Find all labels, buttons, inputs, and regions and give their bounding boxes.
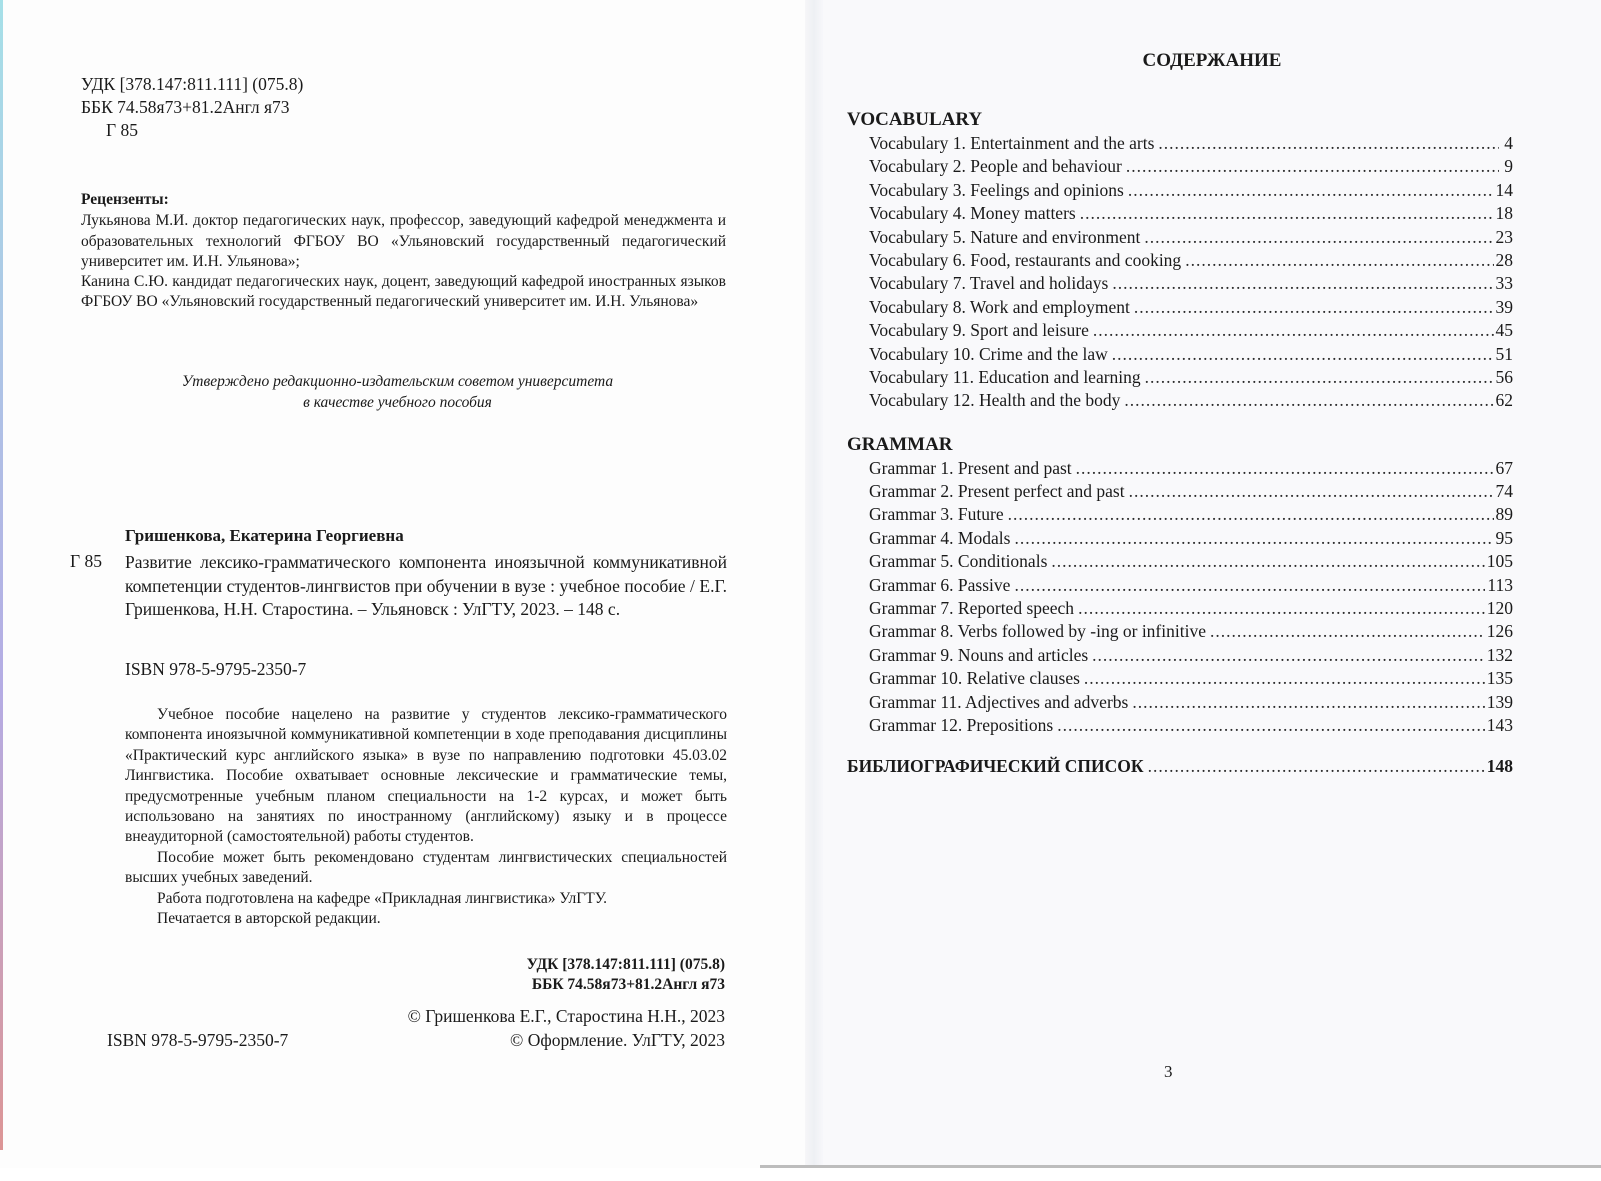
approval-line: Утверждено редакционно-издательским сове… [120,371,675,392]
toc-entry-label: Vocabulary 7. Travel and holidays [869,272,1108,295]
toc-entry-page: 139 [1487,691,1513,714]
leader-dots [1145,366,1494,389]
toc-entry[interactable]: Vocabulary 11. Education and learning56 [847,366,1513,389]
leader-dots [1084,667,1485,690]
toc-entry[interactable]: Vocabulary 9. Sport and leisure45 [847,319,1513,342]
toc-entry-label: Vocabulary 3. Feelings and opinions [869,179,1124,202]
leader-dots [1112,272,1493,295]
approval-line: в качестве учебного пособия [120,392,675,413]
toc-entry-page: 95 [1496,527,1514,550]
toc-entry-page: 135 [1487,667,1513,690]
toc-entry-label: Vocabulary 10. Crime and the law [869,343,1108,366]
toc-entry[interactable]: Grammar 9. Nouns and articles132 [847,644,1513,667]
leader-dots [1132,691,1484,714]
bbk-code: ББК 74.58я73+81.2Англ я73 [81,96,303,119]
toc-entry-label: Vocabulary 11. Education and learning [869,366,1141,389]
copyright-authors: © Гришенкова Е.Г., Старостина Н.Н., 2023 [408,1006,725,1027]
toc-entry-label: Vocabulary 8. Work and employment [869,296,1130,319]
toc-entry[interactable]: Vocabulary 6. Food, restaurants and cook… [847,249,1513,272]
leader-dots [1124,389,1493,412]
toc-entry-page: 51 [1496,343,1514,366]
leader-dots [1078,597,1485,620]
leader-dots [1057,714,1485,737]
toc-entry-page: 56 [1496,366,1514,389]
toc-entry-label: Grammar 9. Nouns and articles [869,644,1088,667]
toc-entry[interactable]: Vocabulary 7. Travel and holidays33 [847,272,1513,295]
reviewer-entry: Канина С.Ю. кандидат педагогических наук… [81,272,726,313]
toc-entry[interactable]: Grammar 11. Adjectives and adverbs139 [847,691,1513,714]
toc-title: СОДЕРЖАНИЕ [823,50,1601,72]
toc-entry-label: Grammar 11. Adjectives and adverbs [869,691,1128,714]
toc-entry-label: Vocabulary 6. Food, restaurants and cook… [869,249,1181,272]
toc-entry[interactable]: Grammar 1. Present and past67 [847,457,1513,480]
bibliographic-description: Развитие лексико-грамматического компоне… [125,551,727,622]
isbn: ISBN 978-5-9795-2350-7 [125,659,306,680]
toc-entry-page: 18 [1496,202,1514,225]
leader-dots [1158,132,1499,155]
toc-entry-label: Grammar 2. Present perfect and past [869,480,1125,503]
toc-entry-page: 33 [1496,272,1514,295]
toc-entry-page: 14 [1496,179,1514,202]
leader-dots [1014,574,1485,597]
reviewers-block: Рецензенты: Лукьянова М.И. доктор педаго… [81,190,726,313]
toc-section-heading: GRAMMAR [847,433,1513,457]
toc-entry-label: Grammar 3. Future [869,503,1004,526]
approval-note: Утверждено редакционно-издательским сове… [120,371,675,413]
toc-entry-page: 4 [1501,132,1513,155]
toc-entry[interactable]: Grammar 3. Future89 [847,503,1513,526]
page-bottom-edge [760,1165,1601,1168]
leader-dots [1093,319,1494,342]
leader-dots [1148,755,1485,778]
leader-dots [1134,296,1494,319]
toc-entry[interactable]: Grammar 4. Modals95 [847,527,1513,550]
toc-entry[interactable]: Grammar 2. Present perfect and past74 [847,480,1513,503]
leader-dots [1129,480,1494,503]
toc-entry-page: 89 [1496,503,1514,526]
toc-entry-label: Grammar 7. Reported speech [869,597,1074,620]
copyright-design: © Оформление. УлГТУ, 2023 [510,1030,725,1051]
leader-dots [1008,503,1494,526]
toc-entry-label: Vocabulary 1. Entertainment and the arts [869,132,1154,155]
abstract: Учебное пособие нацелено на развитие у с… [125,705,727,929]
toc-entry[interactable]: Grammar 10. Relative clauses135 [847,667,1513,690]
leader-dots [1210,620,1485,643]
toc-entry-page: 148 [1487,755,1513,778]
toc-section-heading: VOCABULARY [847,108,1513,132]
leader-dots [1051,550,1484,573]
reviewer-entry: Лукьянова М.И. доктор педагогических нау… [81,211,726,272]
toc-entry-page: 143 [1487,714,1513,737]
toc-entry-page: 132 [1487,644,1513,667]
toc-entry[interactable]: Grammar 5. Conditionals105 [847,550,1513,573]
toc-entry-label: Vocabulary 4. Money matters [869,202,1076,225]
toc-entry-page: 28 [1496,249,1514,272]
leader-dots [1014,527,1493,550]
toc-entry[interactable]: Vocabulary 3. Feelings and opinions14 [847,179,1513,202]
toc-entry-label: Grammar 12. Prepositions [869,714,1053,737]
toc-entry-label: Vocabulary 5. Nature and environment [869,226,1140,249]
udk-code: УДК [378.147:811.111] (075.8) [81,73,303,96]
book-gutter [805,0,823,1168]
leader-dots [1128,179,1494,202]
toc-entry-page: 45 [1496,319,1514,342]
toc-entry-page: 9 [1501,155,1513,178]
leader-dots [1092,644,1485,667]
toc-entry-page: 105 [1487,550,1513,573]
toc-entry-page: 113 [1487,574,1513,597]
abstract-paragraph: Печатается в авторской редакции. [125,909,727,929]
toc-entry[interactable]: Vocabulary 5. Nature and environment23 [847,226,1513,249]
toc-entry[interactable]: Grammar 7. Reported speech120 [847,597,1513,620]
toc-entry-page: 39 [1496,296,1514,319]
toc-entry[interactable]: Vocabulary 8. Work and employment39 [847,296,1513,319]
leader-dots [1144,226,1493,249]
leader-dots [1185,249,1493,272]
footer-codes: УДК [378.147:811.111] (075.8) ББК 74.58я… [527,955,725,995]
side-author-mark: Г 85 [70,551,102,572]
toc-entry[interactable]: Vocabulary 12. Health and the body62 [847,389,1513,412]
toc-entry-label: Grammar 5. Conditionals [869,550,1047,573]
toc-entry-page: 126 [1487,620,1513,643]
toc-entry[interactable]: Vocabulary 1. Entertainment and the arts… [847,132,1513,155]
toc-entry-label: Vocabulary 2. People and behaviour [869,155,1122,178]
table-of-contents: VOCABULARYVocabulary 1. Entertainment an… [847,108,1513,779]
toc-entry-page: 23 [1496,226,1514,249]
toc-entry-page: 67 [1496,457,1514,480]
toc-entry-label: Grammar 10. Relative clauses [869,667,1080,690]
toc-entry[interactable]: Grammar 6. Passive113 [847,574,1513,597]
author-name: Гришенкова, Екатерина Георгиевна [125,526,404,546]
toc-entry-label: Grammar 1. Present and past [869,457,1072,480]
abstract-paragraph: Пособие может быть рекомендовано студент… [125,848,727,889]
author-mark: Г 85 [81,119,303,142]
toc-entry-page: 120 [1487,597,1513,620]
toc-entry-label: Grammar 8. Verbs followed by -ing or inf… [869,620,1206,643]
abstract-paragraph: Учебное пособие нацелено на развитие у с… [125,705,727,848]
reviewers-heading: Рецензенты: [81,190,726,210]
toc-entry-label: Grammar 4. Modals [869,527,1010,550]
toc-entry-label: Vocabulary 9. Sport and leisure [869,319,1089,342]
page-number: 3 [1164,1062,1173,1082]
toc-entry[interactable]: Grammar 12. Prepositions143 [847,714,1513,737]
toc-entry[interactable]: Grammar 8. Verbs followed by -ing or inf… [847,620,1513,643]
toc-entry-label: Vocabulary 12. Health and the body [869,389,1120,412]
toc-entry-bibliography[interactable]: БИБЛИОГРАФИЧЕСКИЙ СПИСОК 148 [847,755,1513,778]
toc-entry-label: Grammar 6. Passive [869,574,1010,597]
footer-udk: УДК [378.147:811.111] (075.8) [527,955,725,975]
leader-dots [1126,155,1499,178]
leader-dots [1076,457,1494,480]
book-spread: УДК [378.147:811.111] (075.8) ББК 74.58я… [0,0,1601,1181]
footer-isbn: ISBN 978-5-9795-2350-7 [107,1030,288,1051]
leader-dots [1080,202,1494,225]
classification-codes: УДК [378.147:811.111] (075.8) ББК 74.58я… [81,73,303,142]
toc-entry[interactable]: Vocabulary 2. People and behaviour9 [847,155,1513,178]
toc-entry-label: БИБЛИОГРАФИЧЕСКИЙ СПИСОК [847,755,1144,778]
toc-entry-page: 74 [1496,480,1514,503]
leader-dots [1112,343,1494,366]
footer-bbk: ББК 74.58я73+81.2Англ я73 [527,975,725,995]
toc-entry-page: 62 [1496,389,1514,412]
abstract-paragraph: Работа подготовлена на кафедре «Прикладн… [125,889,727,909]
toc-entry[interactable]: Vocabulary 4. Money matters18 [847,202,1513,225]
toc-entry[interactable]: Vocabulary 10. Crime and the law51 [847,343,1513,366]
